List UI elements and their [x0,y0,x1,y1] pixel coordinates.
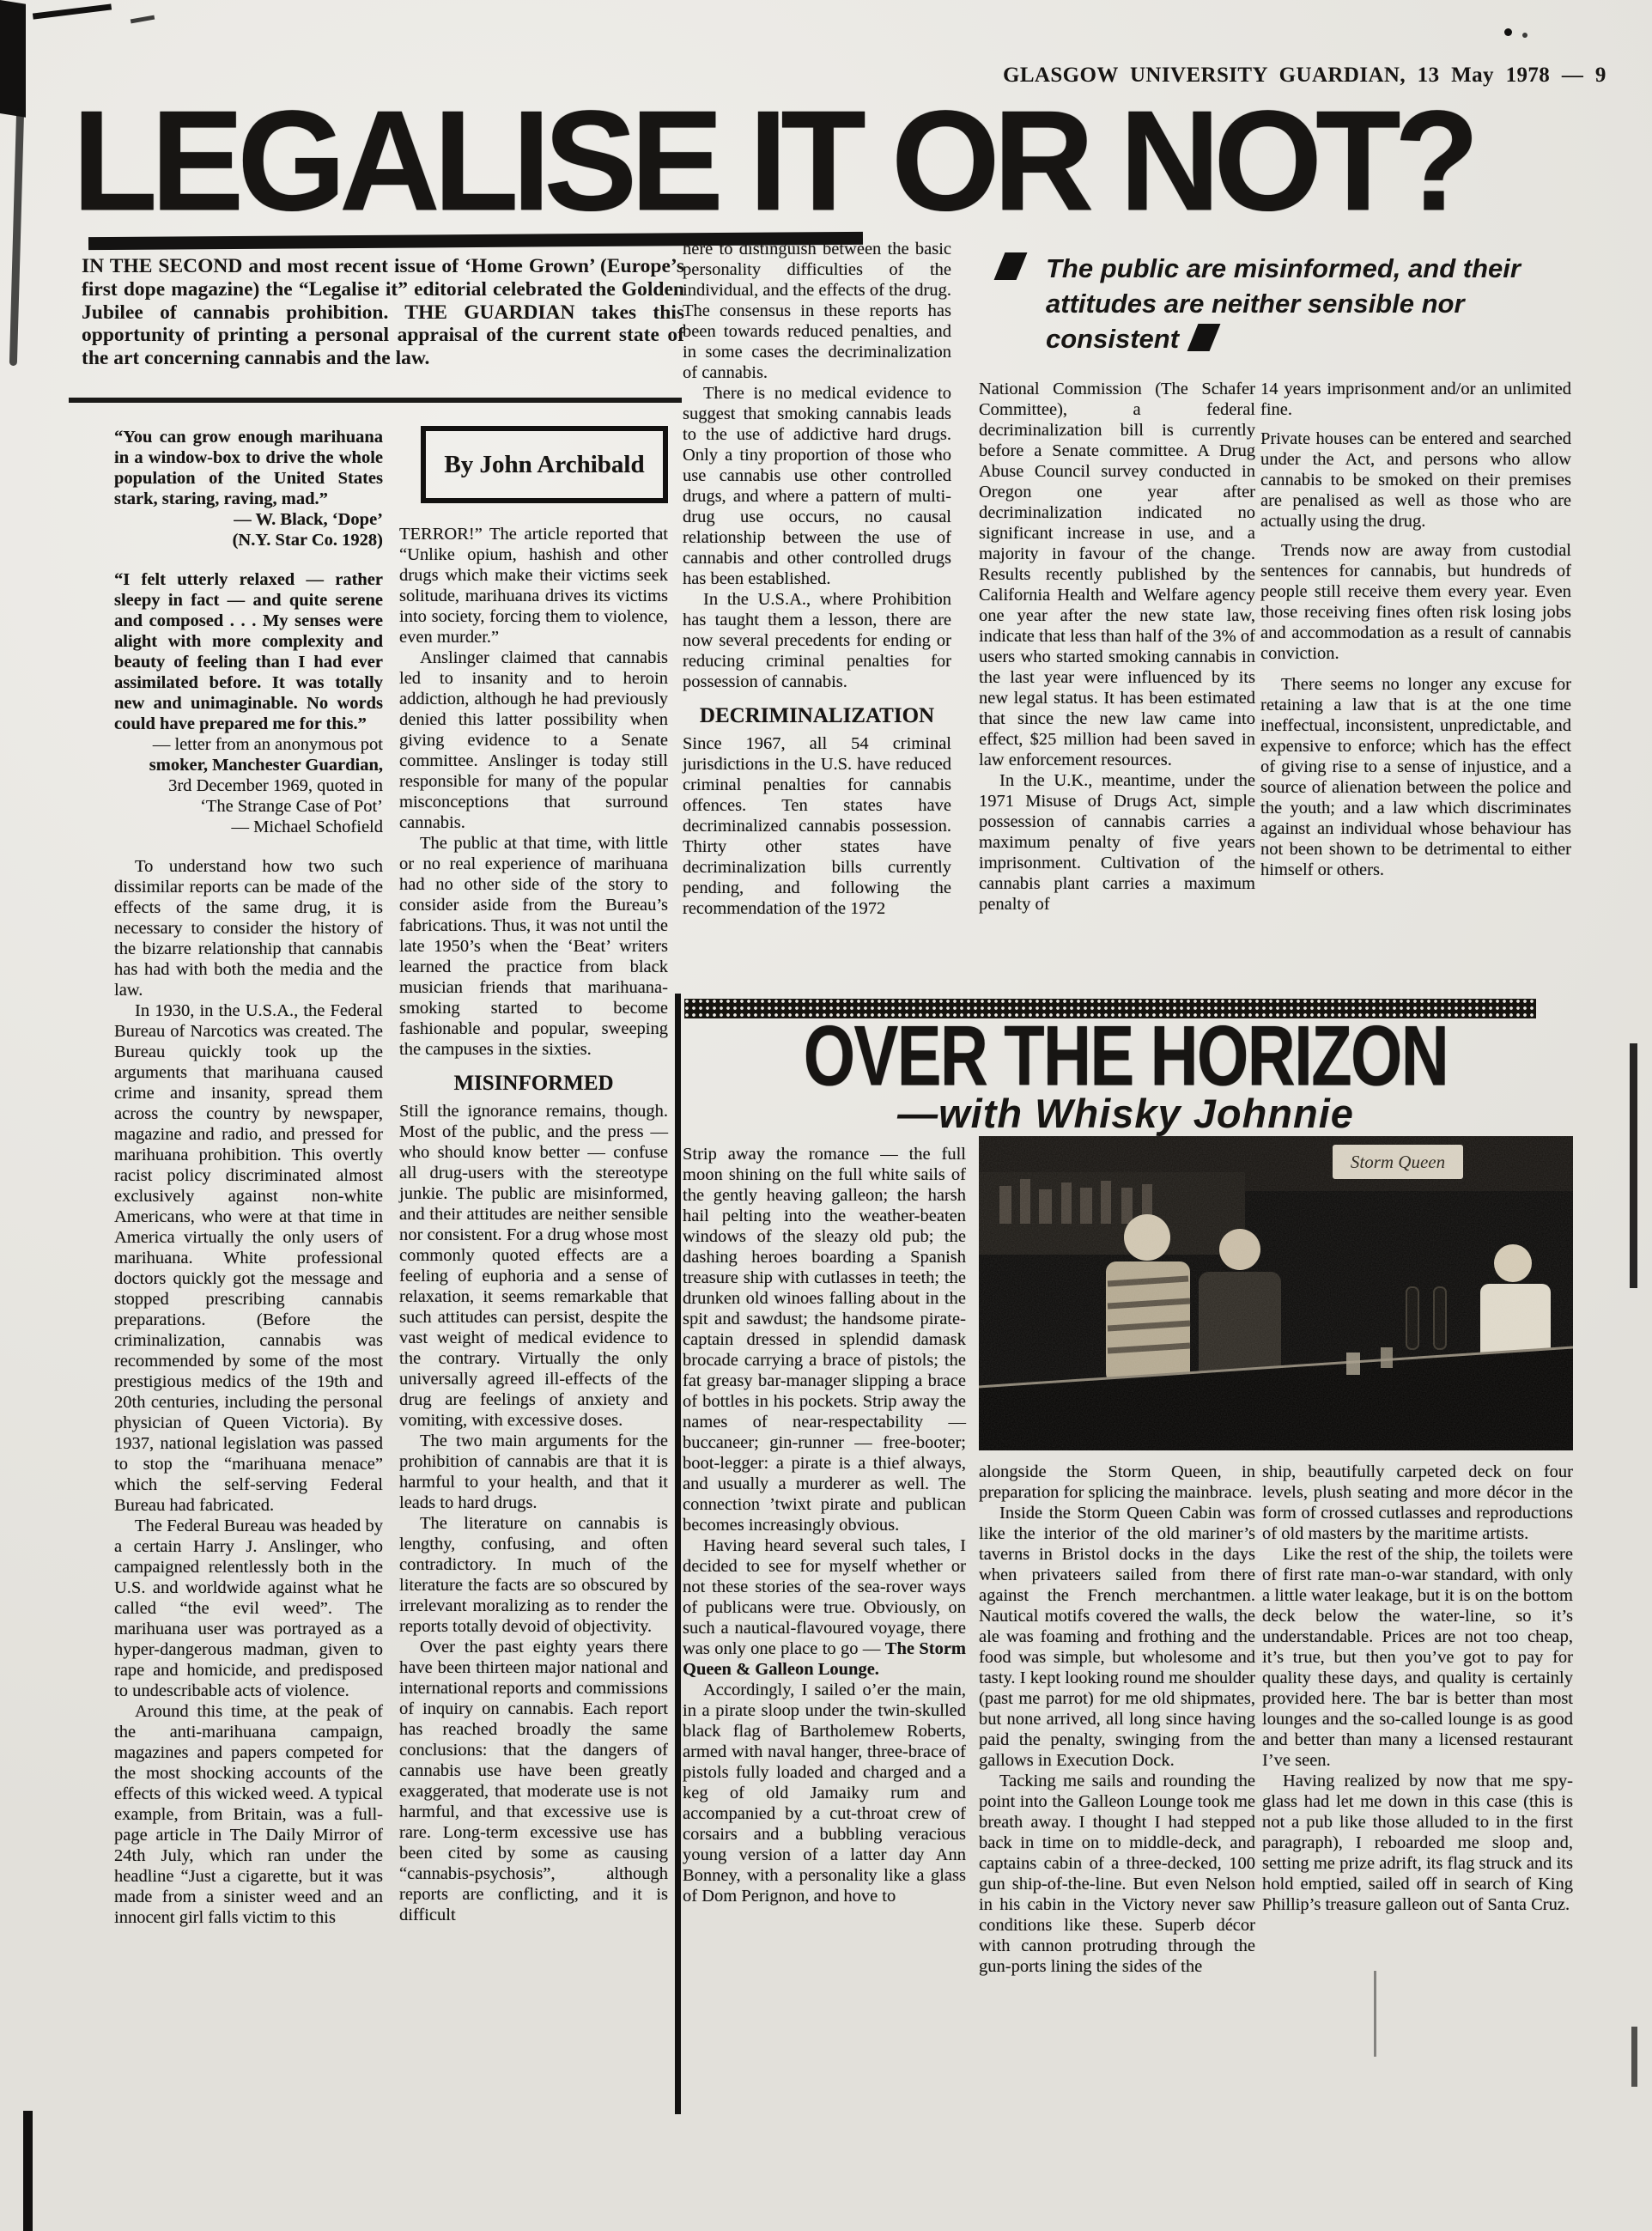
article1-column-2: By John Archibald TERROR!” The article r… [399,419,668,1925]
spacer [1260,664,1571,674]
article1-column-1: “You can grow enough marihuana in a wind… [114,427,383,1928]
intro-divider-rule [69,398,682,403]
newspaper-page: GLASGOW UNIVERSITY GUARDIAN, 13 May 1978… [0,0,1652,2231]
paragraph: The literature on cannabis is lengthy, c… [399,1513,668,1637]
article1-column-3: here to distinguish between the basic pe… [683,239,951,919]
scan-speck [1504,28,1512,36]
quote-attribution: (N.Y. Star Co. 1928) [114,530,383,550]
scan-edge-artifact [23,2111,33,2231]
article1-column-4: National Commission (The Schafer Committ… [979,379,1255,915]
quote-attribution: — Michael Schofield [114,817,383,837]
paragraph: To understand how two such dissimilar re… [114,856,383,1000]
pull-quote-line: consistent [1046,321,1594,356]
section-subhead: DECRIMINALIZATION [683,706,951,726]
paragraph: here to distinguish between the basic pe… [683,239,951,383]
paragraph: Tacking me sails and rounding the point … [979,1771,1255,1977]
pub-bar-photo: Storm Queen [979,1136,1573,1450]
paragraph: Over the past eighty years there have be… [399,1637,668,1925]
spacer [114,837,383,856]
scan-edge-artifact [9,108,24,366]
paragraph: There is no medical evidence to suggest … [683,383,951,589]
quote-attribution: — letter from an anonymous pot [114,734,383,755]
scan-edge-artifact [33,3,112,19]
paragraph: alongside the Storm Queen, in preparatio… [979,1462,1255,1503]
paragraph: Accordingly, I sailed o’er the main, in … [683,1680,966,1906]
article2-subtitle: —with Whisky Johnnie [674,1092,1577,1135]
pull-quote-line: The public are misinformed, and their [1046,251,1594,286]
paragraph: Still the ignorance remains, though. Mos… [399,1101,668,1431]
paragraph: The two main arguments for the prohibiti… [399,1431,668,1513]
paragraph: Having heard several such tales, I decid… [683,1535,966,1680]
paragraph: Strip away the romance — the full moon s… [683,1144,966,1535]
pull-quote-line: attitudes are neither sensible nor [1046,286,1594,321]
pull-quote-line-text: consistent [1046,324,1179,354]
paragraph: In the U.S.A., where Prohibition has tau… [683,589,951,692]
paragraph: There seems no longer any excuse for ret… [1260,674,1571,880]
scan-edge-artifact [0,0,26,118]
byline: By John Archibald [444,454,644,475]
paragraph: In 1930, in the U.S.A., the Federal Bure… [114,1000,383,1516]
paragraph: TERROR!” The article reported that “Unli… [399,524,668,647]
article2-headline: OVER THE HORIZON [764,1018,1487,1094]
paragraph: Having realized by now that me spy-glass… [1262,1771,1573,1915]
scan-edge-artifact [131,15,155,24]
paragraph: The public at that time, with little or … [399,833,668,1060]
scan-edge-artifact [1631,2027,1637,2087]
page-crease [1374,1971,1376,2057]
paragraph: Around this time, at the peak of the ant… [114,1701,383,1928]
byline-box: By John Archibald [421,426,668,503]
spacer [114,550,383,569]
paragraph: 14 years imprisonment and/or an unlimite… [1260,379,1571,420]
quote-attribution: smoker, Manchester Guardian, [114,755,383,775]
quote-attribution: — W. Black, ‘Dope’ [114,509,383,530]
quote-attribution: 3rd December 1969, quoted in [114,775,383,796]
pub-bar-photo-art: Storm Queen [979,1136,1573,1450]
paragraph: ship, beautifully carpeted deck on four … [1262,1462,1573,1544]
paragraph: National Commission (The Schafer Committ… [979,379,1255,770]
paragraph: In the U.K., meantime, under the 1971 Mi… [979,770,1255,915]
article2-column-2: alongside the Storm Queen, in preparatio… [979,1462,1255,1977]
quote-paragraph: “You can grow enough marihuana in a wind… [114,427,383,509]
paragraph: The Federal Bureau was headed by a certa… [114,1516,383,1701]
scan-edge-artifact [1630,1043,1637,1288]
paragraph: Anslinger claimed that cannabis led to i… [399,647,668,833]
pull-quote: The public are misinformed, and their at… [993,251,1594,356]
intro-paragraph: IN THE SECOND and most recent issue of ‘… [82,255,684,370]
article2-column-3: ship, beautifully carpeted deck on four … [1262,1462,1573,1915]
paragraph: Like the rest of the ship, the toilets w… [1262,1544,1573,1771]
paragraph: Inside the Storm Queen Cabin was like th… [979,1503,1255,1771]
article1-column-5: 14 years imprisonment and/or an unlimite… [1260,379,1571,880]
column-divider-rule [675,994,681,2114]
paragraph: Since 1967, all 54 criminal jurisdiction… [683,733,951,919]
quote-attribution: ‘The Strange Case of Pot’ [114,796,383,817]
section-subhead: MISINFORMED [399,1073,668,1094]
paragraph: Trends now are away from custodial sente… [1260,540,1571,664]
page-headline: LEGALISE IT OR NOT? [72,89,1473,232]
quote-paragraph: “I felt utterly relaxed — rather sleepy … [114,569,383,734]
article2-column-1: Strip away the romance — the full moon s… [683,1144,966,1906]
paragraph: Private houses can be entered and search… [1260,429,1571,532]
close-quote-icon [1187,324,1221,351]
scan-speck [1522,33,1527,38]
